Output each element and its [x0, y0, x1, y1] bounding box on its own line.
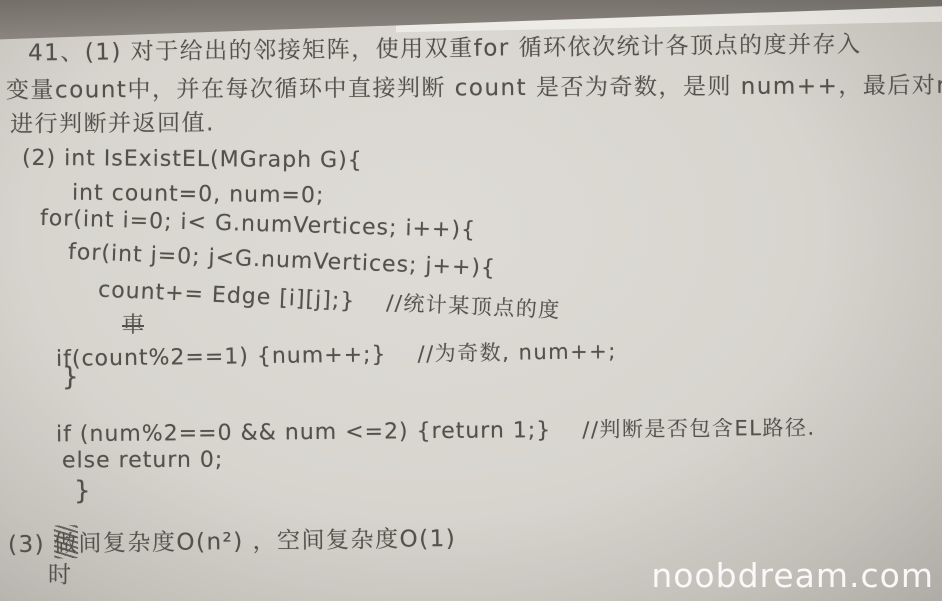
comment-el-path-check: //判断是否包含EL路径. [582, 412, 816, 444]
code-line-declarations: int count=0, num=0; [72, 181, 325, 209]
handwritten-note: 41、(1) 对于给出的邻接矩阵，使用双重for 循环依次统计各顶点的度并存入 … [0, 0, 942, 601]
code-line-close-brace-function: } [74, 476, 92, 506]
code-line-function-signature: (2) int IsExistEL(MGraph G){ [22, 146, 363, 173]
part3-label: (3) [8, 531, 54, 558]
scribbled-out-character: 做 [54, 525, 79, 558]
code-text: if(count%2==1) {num++;} [56, 342, 387, 372]
photo-of-handwritten-notes: 41、(1) 对于给出的邻接矩阵，使用双重for 循环依次统计各顶点的度并存入 … [0, 0, 942, 601]
correction-character-shi: 时 [48, 556, 73, 589]
struck-out-character: 車 [122, 308, 144, 339]
struck-char-text: 車 [122, 313, 144, 338]
code-line-else-return: else return 0; [62, 448, 223, 474]
answer-part1-line2: 变量count中，并在每次循环中直接判断 count 是否为奇数，是则 num+… [6, 66, 942, 104]
comment-odd-number: //为奇数, num++; [417, 335, 617, 368]
code-line-odd-check: if(count%2==1) {num++;} //为奇数, num++; [56, 335, 617, 373]
comment-degree-count: //统计某顶点的度 [386, 287, 562, 325]
code-text: if (num%2==0 && num <=2) {return 1;} [56, 418, 551, 447]
answer-part3-complexity: (3) 做间复杂度O(n²) ，空间复杂度O(1) [8, 520, 457, 559]
answer-part1-line1: 41、(1) 对于给出的邻接矩阵，使用双重for 循环依次统计各顶点的度并存入 [28, 26, 862, 68]
code-line-edge-sum: count+= Edge [i][j];} //统计某顶点的度 [98, 274, 562, 325]
watermark-text: noobdream.com [651, 556, 934, 595]
code-line-outer-for: for(int i=0; i< G.numVertices; i++){ [40, 206, 477, 243]
answer-part1-line3: 进行判断并返回值. [10, 104, 215, 138]
code-line-return-check: if (num%2==0 && num <=2) {return 1;} //判… [56, 412, 816, 449]
code-line-close-brace-inner: } [62, 362, 80, 392]
complexity-text: 间复杂度O(n²) ，空间复杂度O(1) [78, 526, 456, 557]
